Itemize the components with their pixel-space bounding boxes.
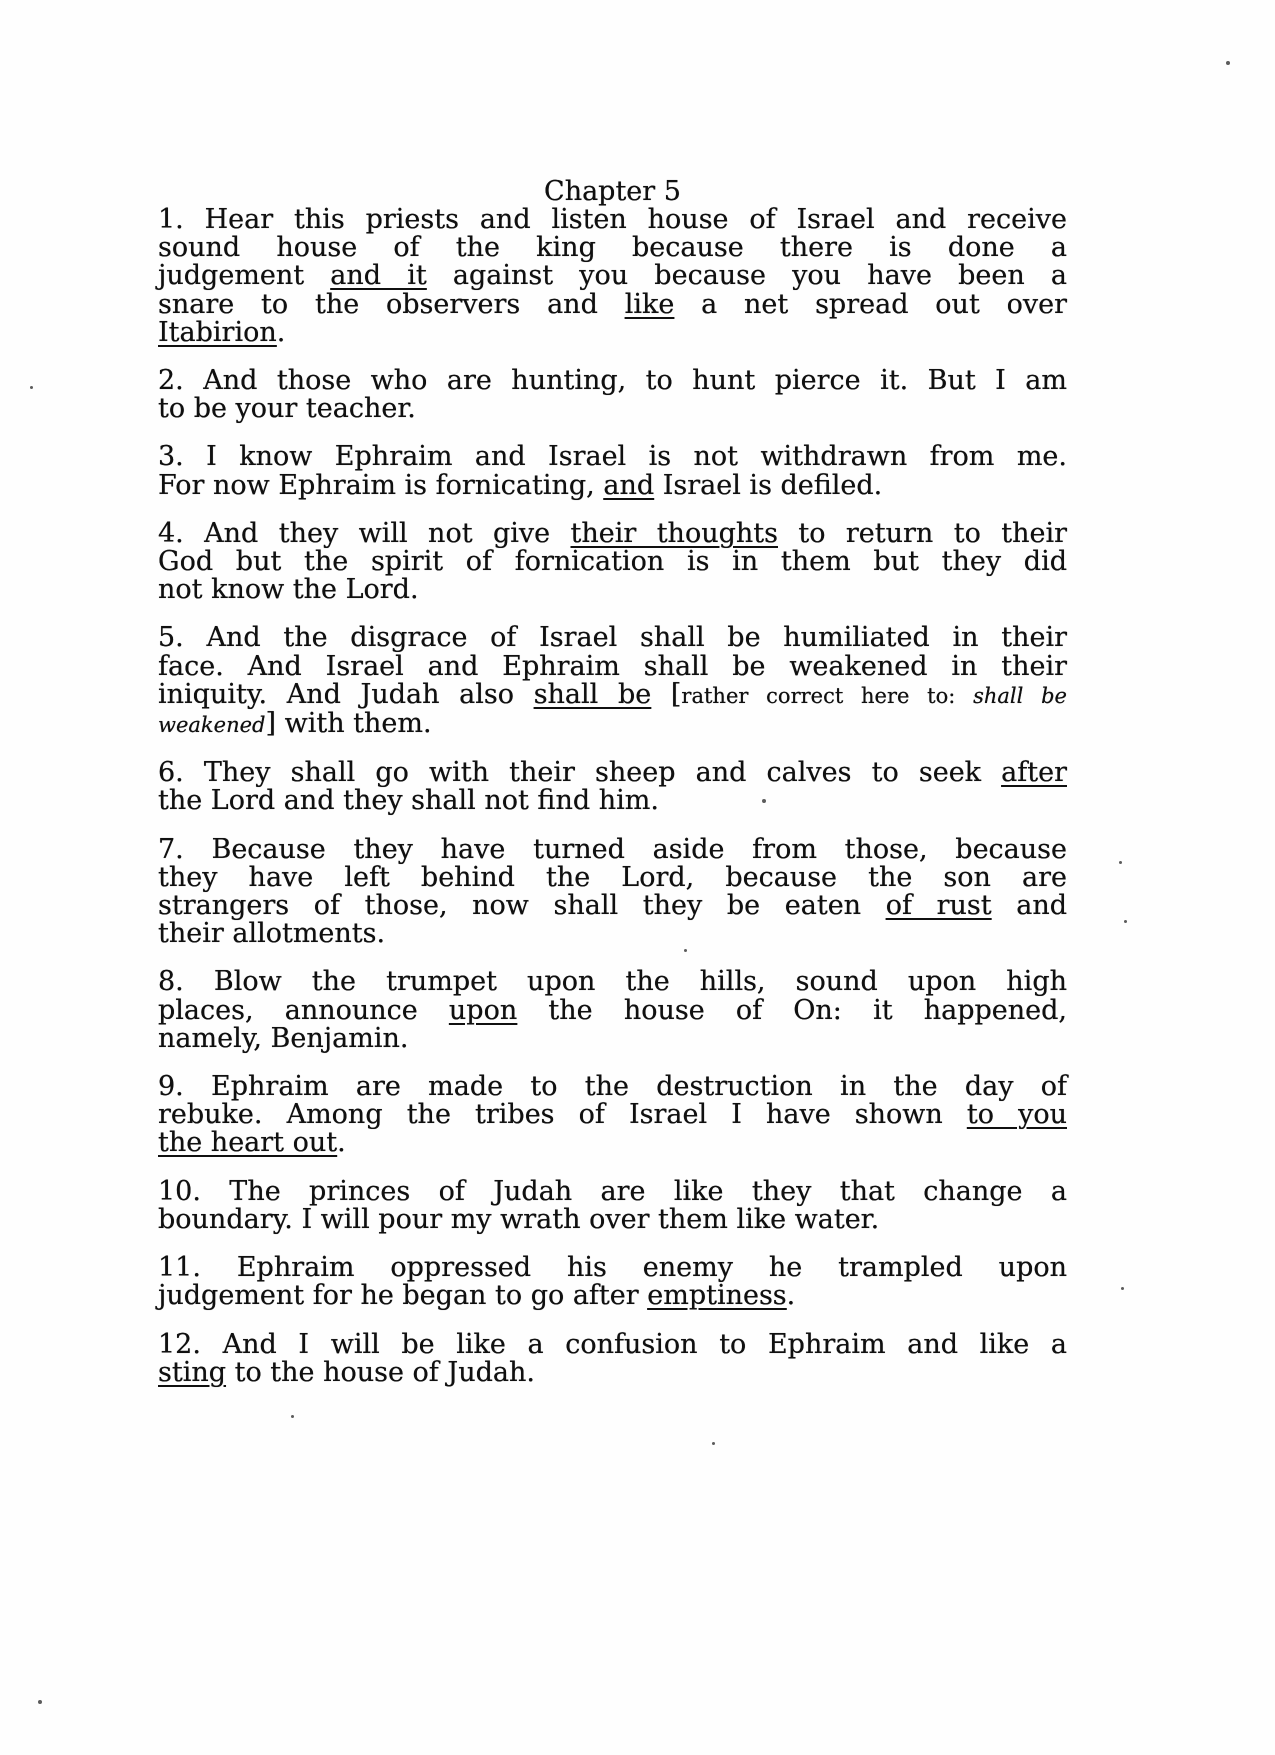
text-segment: rebuke. Among the tribes of Israel I hav… bbox=[158, 1099, 967, 1130]
scanned-document-page: Chapter 5 1. Hear this priests and liste… bbox=[0, 0, 1275, 1755]
verse-8-line-3: namely, Benjamin. bbox=[158, 1025, 1067, 1053]
verse-7-line-4: their allotments. bbox=[158, 920, 1067, 948]
text-segment: a net spread out over bbox=[674, 289, 1067, 320]
text-segment: iniquity. And Judah also bbox=[158, 679, 534, 710]
text-segment: [ bbox=[651, 679, 681, 710]
text-segment: 12. And I will be like a confusion to Ep… bbox=[158, 1329, 1067, 1360]
text-segment: 9. Ephraim are made to the destruction i… bbox=[158, 1071, 1067, 1102]
text-segment: . bbox=[277, 317, 286, 348]
verse-2-line-1: 2. And those who are hunting, to hunt pi… bbox=[158, 367, 1067, 395]
text-segment: . bbox=[787, 1280, 796, 1311]
underlined-text: and it bbox=[330, 260, 426, 291]
verse-12-line-1: 12. And I will be like a confusion to Ep… bbox=[158, 1331, 1067, 1359]
underlined-text: sting bbox=[158, 1357, 226, 1388]
text-segment: to return to their bbox=[778, 518, 1067, 549]
verse-11-line-1: 11. Ephraim oppressed his enemy he tramp… bbox=[158, 1254, 1067, 1282]
underlined-text: of rust bbox=[886, 890, 992, 921]
underlined-text: to you bbox=[967, 1099, 1067, 1130]
text-segment: 10. The princes of Judah are like they t… bbox=[158, 1176, 1067, 1207]
verse-2: 2. And those who are hunting, to hunt pi… bbox=[158, 367, 1067, 423]
text-segment: Israel is defiled. bbox=[654, 470, 882, 501]
underlined-text: and bbox=[603, 470, 654, 501]
text-segment: 6. They shall go with their sheep and ca… bbox=[158, 757, 1001, 788]
verse-1-line-5: Itabirion. bbox=[158, 319, 1067, 347]
scan-speck bbox=[38, 1700, 42, 1704]
text-segment: against you because you have been a bbox=[427, 260, 1067, 291]
underlined-text: upon bbox=[449, 995, 517, 1026]
text-segment: ] with them. bbox=[265, 708, 431, 739]
verse-9-line-3: the heart out. bbox=[158, 1129, 1067, 1157]
scan-speck bbox=[684, 949, 687, 952]
text-segment: . bbox=[337, 1127, 346, 1158]
underlined-text: Itabirion bbox=[158, 317, 277, 348]
text-segment: not know the Lord. bbox=[158, 574, 419, 605]
verse-5-line-3: iniquity. And Judah also shall be [rathe… bbox=[158, 681, 1067, 710]
verse-list: 1. Hear this priests and listen house of… bbox=[158, 206, 1067, 1387]
text-segment: 7. Because they have turned aside from t… bbox=[158, 834, 1067, 865]
verse-5-line-4: weakened] with them. bbox=[158, 710, 1067, 739]
text-segment: 11. Ephraim oppressed his enemy he tramp… bbox=[158, 1252, 1067, 1283]
text-segment: namely, Benjamin. bbox=[158, 1023, 408, 1054]
verse-12: 12. And I will be like a confusion to Ep… bbox=[158, 1331, 1067, 1387]
text-segment: and bbox=[992, 890, 1067, 921]
text-segment: they have left behind the Lord, because … bbox=[158, 862, 1067, 893]
verse-4: 4. And they will not give their thoughts… bbox=[158, 520, 1067, 605]
text-segment: judgement for he began to go after bbox=[158, 1280, 647, 1311]
underlined-text: their thoughts bbox=[571, 518, 778, 549]
verse-3: 3. I know Ephraim and Israel is not with… bbox=[158, 443, 1067, 499]
text-block: Chapter 5 1. Hear this priests and liste… bbox=[158, 178, 1067, 1387]
text-segment: snare to the observers and bbox=[158, 289, 625, 320]
text-segment: to the house of Judah. bbox=[226, 1357, 535, 1388]
text-segment: their allotments. bbox=[158, 918, 385, 949]
text-segment: sound house of the king because there is… bbox=[158, 232, 1067, 263]
verse-6-line-1: 6. They shall go with their sheep and ca… bbox=[158, 759, 1067, 787]
verse-9: 9. Ephraim are made to the destruction i… bbox=[158, 1073, 1067, 1158]
scan-speck bbox=[1121, 1287, 1124, 1290]
text-segment: For now Ephraim is fornicating, bbox=[158, 470, 603, 501]
verse-4-line-2: God but the spirit of fornication is in … bbox=[158, 548, 1067, 576]
verse-1-line-3: judgement and it against you because you… bbox=[158, 262, 1067, 290]
verse-4-line-3: not know the Lord. bbox=[158, 576, 1067, 604]
underlined-text: like bbox=[625, 289, 675, 320]
verse-8-line-1: 8. Blow the trumpet upon the hills, soun… bbox=[158, 968, 1067, 996]
verse-3-line-1: 3. I know Ephraim and Israel is not with… bbox=[158, 443, 1067, 471]
text-segment: 2. And those who are hunting, to hunt pi… bbox=[158, 365, 1067, 396]
scan-speck bbox=[762, 799, 766, 803]
text-segment: the house of On: it happened, bbox=[517, 995, 1067, 1026]
verse-1-line-4: snare to the observers and like a net sp… bbox=[158, 291, 1067, 319]
verse-8-line-2: places, announce upon the house of On: i… bbox=[158, 997, 1067, 1025]
verse-5-line-2: face. And Israel and Ephraim shall be we… bbox=[158, 653, 1067, 681]
underlined-text: after bbox=[1001, 757, 1067, 788]
verse-7-line-1: 7. Because they have turned aside from t… bbox=[158, 836, 1067, 864]
verse-7-line-3: strangers of those, now shall they be ea… bbox=[158, 892, 1067, 920]
text-segment: weakened bbox=[158, 713, 265, 737]
text-segment: 4. And they will not give bbox=[158, 518, 571, 549]
scan-speck bbox=[1119, 861, 1122, 864]
text-segment: the Lord and they shall not find him. bbox=[158, 785, 659, 816]
text-segment: boundary. I will pour my wrath over them… bbox=[158, 1204, 879, 1235]
verse-7-line-2: they have left behind the Lord, because … bbox=[158, 864, 1067, 892]
verse-3-line-2: For now Ephraim is fornicating, and Isra… bbox=[158, 472, 1067, 500]
text-segment: rather correct here to: bbox=[681, 684, 973, 708]
verse-9-line-2: rebuke. Among the tribes of Israel I hav… bbox=[158, 1101, 1067, 1129]
verse-5-line-1: 5. And the disgrace of Israel shall be h… bbox=[158, 624, 1067, 652]
verse-12-line-2: sting to the house of Judah. bbox=[158, 1359, 1067, 1387]
underlined-text: shall be bbox=[534, 679, 652, 710]
verse-6-line-2: the Lord and they shall not find him. bbox=[158, 787, 1067, 815]
verse-8: 8. Blow the trumpet upon the hills, soun… bbox=[158, 968, 1067, 1053]
scan-speck bbox=[1226, 61, 1230, 65]
verse-7: 7. Because they have turned aside from t… bbox=[158, 836, 1067, 949]
text-segment: judgement bbox=[158, 260, 330, 291]
verse-2-line-2: to be your teacher. bbox=[158, 395, 1067, 423]
verse-5: 5. And the disgrace of Israel shall be h… bbox=[158, 624, 1067, 739]
verse-1-line-1: 1. Hear this priests and listen house of… bbox=[158, 206, 1067, 234]
text-segment: 5. And the disgrace of Israel shall be h… bbox=[158, 622, 1067, 653]
text-segment: God but the spirit of fornication is in … bbox=[158, 546, 1067, 577]
text-segment: to be your teacher. bbox=[158, 393, 416, 424]
text-segment: 1. Hear this priests and listen house of… bbox=[158, 204, 1067, 235]
scan-speck bbox=[712, 1442, 715, 1445]
text-segment: places, announce bbox=[158, 995, 449, 1026]
text-segment: shall be bbox=[973, 684, 1067, 708]
verse-10-line-2: boundary. I will pour my wrath over them… bbox=[158, 1206, 1067, 1234]
chapter-title: Chapter 5 bbox=[158, 178, 1067, 206]
scan-speck bbox=[291, 1415, 294, 1418]
verse-11-line-2: judgement for he began to go after empti… bbox=[158, 1282, 1067, 1310]
verse-9-line-1: 9. Ephraim are made to the destruction i… bbox=[158, 1073, 1067, 1101]
underlined-text: emptiness bbox=[647, 1280, 786, 1311]
verse-4-line-1: 4. And they will not give their thoughts… bbox=[158, 520, 1067, 548]
verse-10-line-1: 10. The princes of Judah are like they t… bbox=[158, 1178, 1067, 1206]
underlined-text: the heart out bbox=[158, 1127, 337, 1158]
text-segment: face. And Israel and Ephraim shall be we… bbox=[158, 651, 1067, 682]
scan-speck bbox=[30, 386, 33, 389]
verse-1-line-2: sound house of the king because there is… bbox=[158, 234, 1067, 262]
text-segment: 3. I know Ephraim and Israel is not with… bbox=[158, 441, 1067, 472]
text-segment: 8. Blow the trumpet upon the hills, soun… bbox=[158, 966, 1067, 997]
scan-speck bbox=[1124, 920, 1127, 923]
text-segment: strangers of those, now shall they be ea… bbox=[158, 890, 886, 921]
verse-6: 6. They shall go with their sheep and ca… bbox=[158, 759, 1067, 815]
verse-10: 10. The princes of Judah are like they t… bbox=[158, 1178, 1067, 1234]
verse-1: 1. Hear this priests and listen house of… bbox=[158, 206, 1067, 347]
verse-11: 11. Ephraim oppressed his enemy he tramp… bbox=[158, 1254, 1067, 1310]
